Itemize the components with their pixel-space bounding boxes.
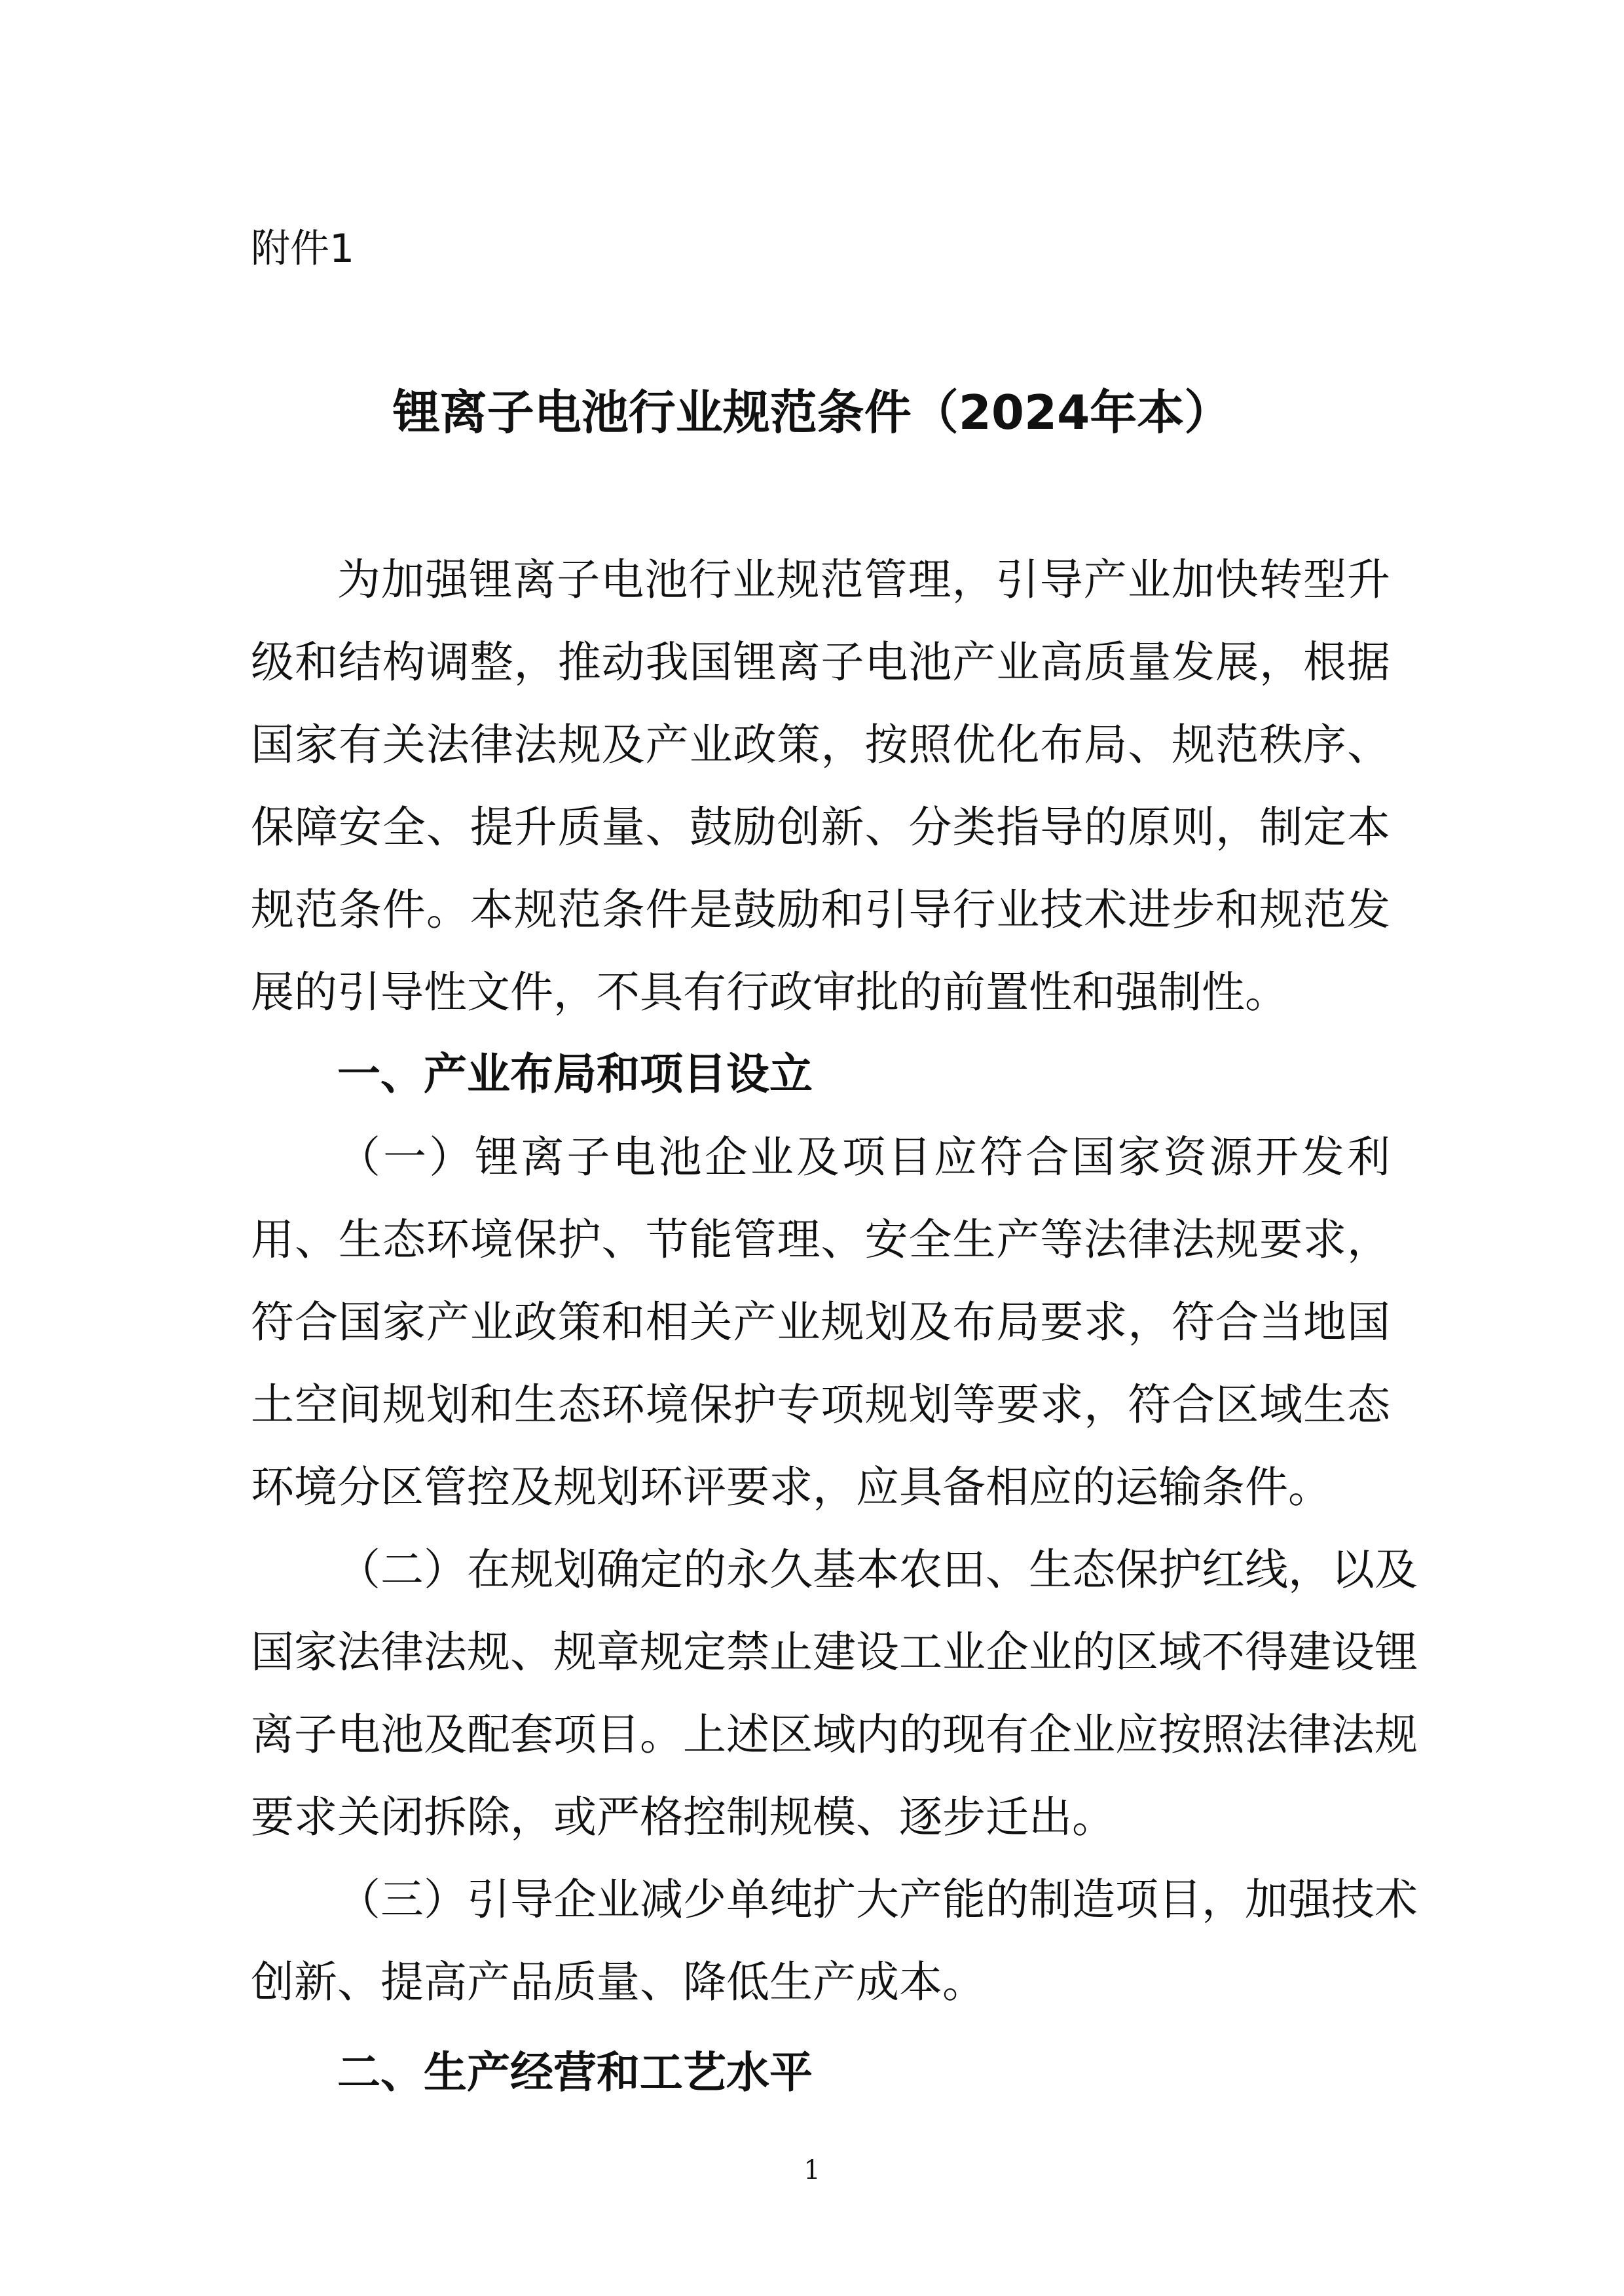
paragraph-line: （二）在规划确定的永久基本农田、生态保护红线，以及 — [337, 1544, 1390, 1596]
paragraph-line: 规范条件。本规范条件是鼓励和引导行业技术进步和规范发 — [251, 884, 1390, 936]
document-page: 附件1 锂离子电池行业规范条件（2024年本） 为加强锂离子电池行业规范管理，引… — [0, 0, 1624, 2296]
paragraph-line: 为加强锂离子电池行业规范管理，引导产业加快转型升 — [337, 554, 1390, 606]
paragraph-line: 创新、提高产品质量、降低生产成本。 — [251, 1956, 1390, 2009]
paragraph-line: 要求关闭拆除，或严格控制规模、逐步迁出。 — [251, 1791, 1390, 1844]
paragraph-line: 用、生态环境保护、节能管理、安全生产等法律法规要求， — [251, 1214, 1390, 1266]
paragraph-line: 保障安全、提升质量、鼓励创新、分类指导的原则，制定本 — [251, 801, 1390, 854]
paragraph-line: 土空间规划和生态环境保护专项规划等要求，符合区域生态 — [251, 1379, 1390, 1431]
attachment-label: 附件1 — [251, 223, 354, 275]
paragraph-line: 符合国家产业政策和相关产业规划及布局要求，符合当地国 — [251, 1296, 1390, 1349]
paragraph-line: 离子电池及配套项目。上述区域内的现有企业应按照法律法规 — [251, 1709, 1390, 1761]
page-number: 1 — [0, 2154, 1624, 2187]
document-title: 锂离子电池行业规范条件（2024年本） — [0, 383, 1624, 442]
paragraph-line: 国家有关法律法规及产业政策，按照优化布局、规范秩序、 — [251, 719, 1390, 771]
paragraph-line: （三）引导企业减少单纯扩大产能的制造项目，加强技术 — [337, 1874, 1390, 1926]
paragraph-line: 国家法律法规、规章规定禁止建设工业企业的区域不得建设锂 — [251, 1626, 1390, 1679]
paragraph-line: 环境分区管控及规划环评要求，应具备相应的运输条件。 — [251, 1461, 1390, 1514]
section-heading-2: 二、生产经营和工艺水平 — [337, 2047, 813, 2099]
section-heading-1: 一、产业布局和项目设立 — [337, 1048, 813, 1101]
paragraph-line: （一）锂离子电池企业及项目应符合国家资源开发利 — [337, 1131, 1390, 1184]
paragraph-line: 展的引导性文件，不具有行政审批的前置性和强制性。 — [251, 966, 1390, 1019]
paragraph-line: 级和结构调整，推动我国锂离子电池产业高质量发展，根据 — [251, 636, 1390, 689]
